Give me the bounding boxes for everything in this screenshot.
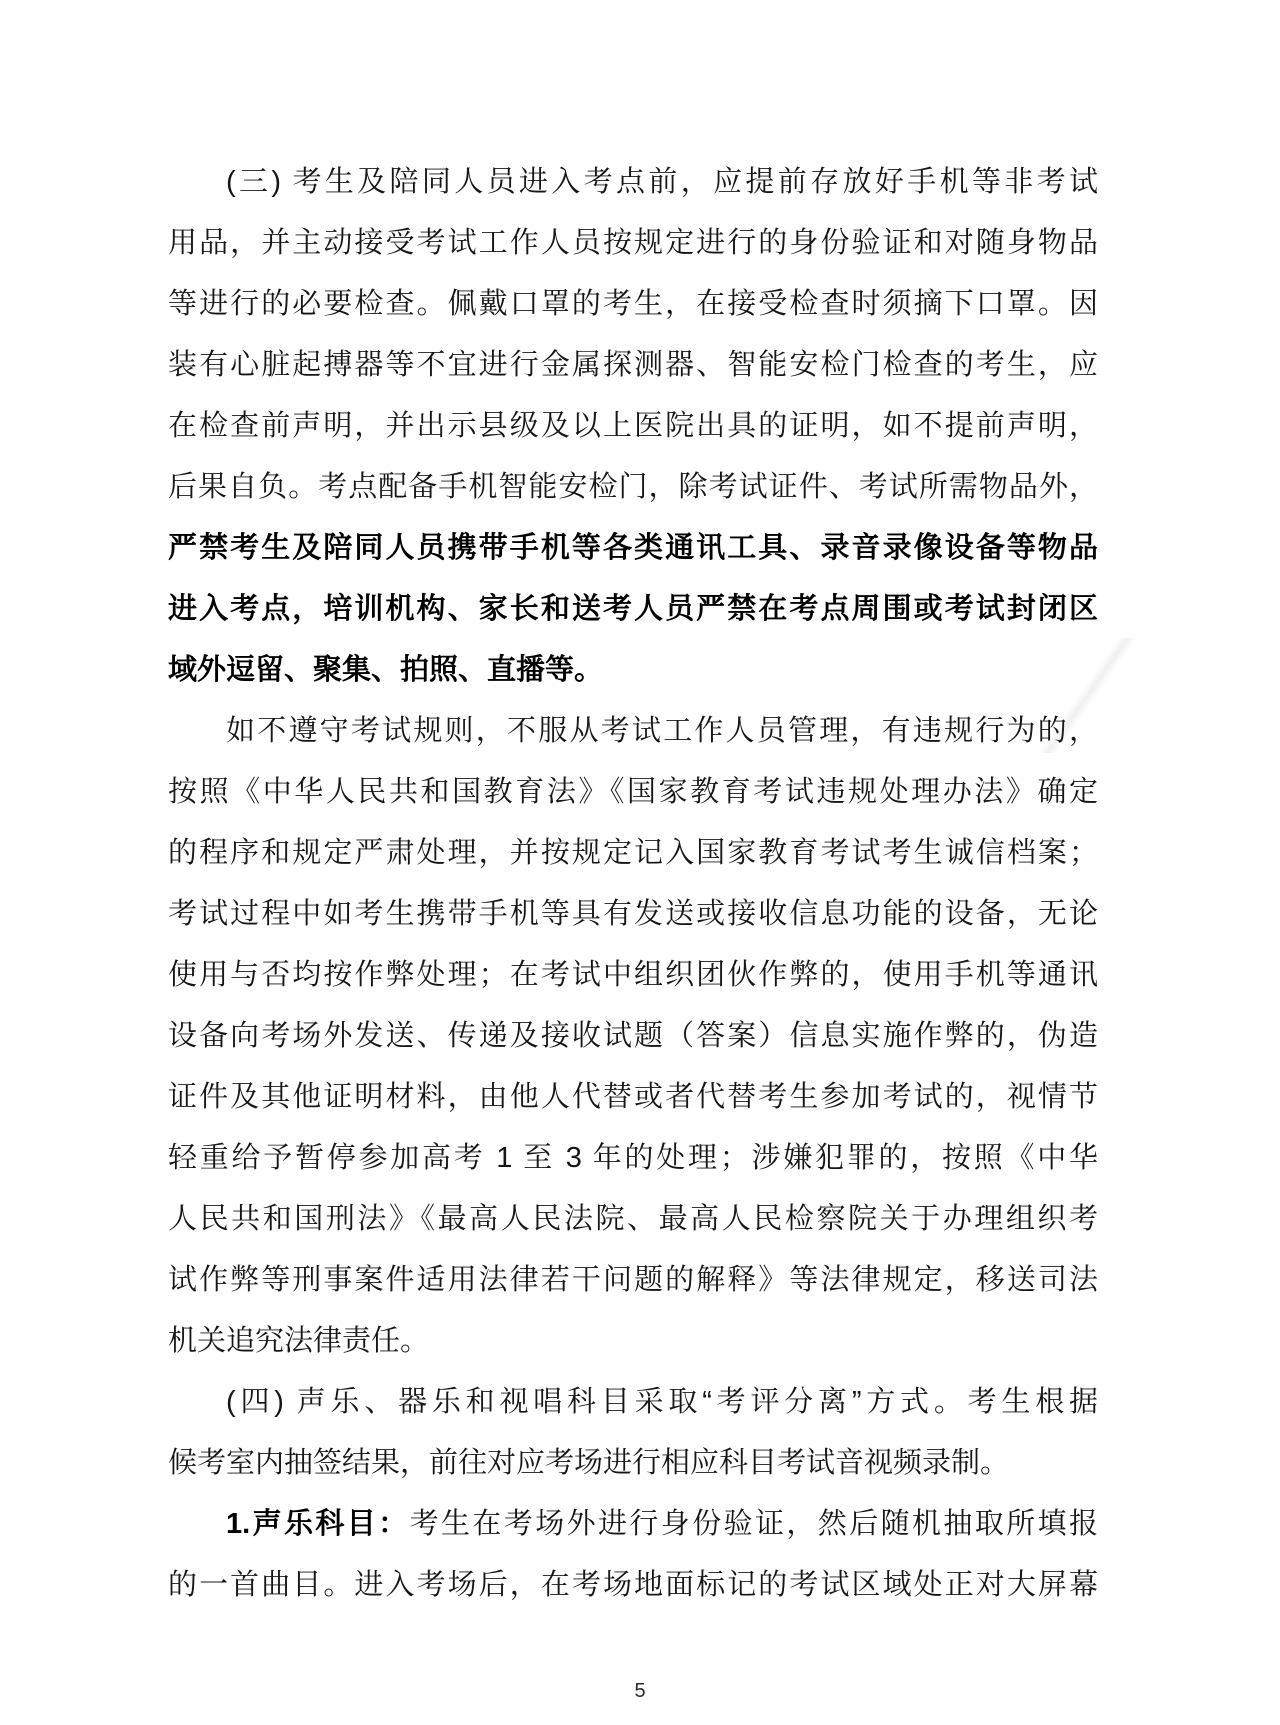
- text-line-7: 严禁考生及陪同人员携带手机等各类通讯工具、录音录像设备等物品: [168, 518, 1098, 579]
- text-line-6: 后果自负。考点配备手机智能安检门，除考试证件、考试所需物品外，: [168, 457, 1098, 518]
- text-run-bold: 1.声乐科目：: [226, 1508, 410, 1540]
- text-line-15: 设备向考场外发送、传递及接收试题（答案）信息实施作弊的，伪造: [168, 1006, 1098, 1067]
- text-line-23: 1.声乐科目：考生在考场外进行身份验证，然后随机抽取所填报: [168, 1494, 1098, 1555]
- document-body: (三) 考生及陪同人员进入考点前，应提前存放好手机等非考试用品，并主动接受考试工…: [168, 152, 1098, 1616]
- text-line-9: 域外逗留、聚集、拍照、直播等。: [168, 640, 1098, 701]
- text-line-5: 在检查前声明，并出示县级及以上医院出具的证明，如不提前声明，: [168, 396, 1098, 457]
- document-page: (三) 考生及陪同人员进入考点前，应提前存放好手机等非考试用品，并主动接受考试工…: [0, 0, 1280, 1725]
- text-line-2: 用品，并主动接受考试工作人员按规定进行的身份验证和对随身物品: [168, 213, 1098, 274]
- text-line-11: 按照《中华人民共和国教育法》《国家教育考试违规处理办法》确定: [168, 762, 1098, 823]
- page-number: 5: [0, 1678, 1280, 1704]
- text-line-24: 的一首曲目。进入考场后，在考场地面标记的考试区域处正对大屏幕: [168, 1555, 1098, 1616]
- text-line-16: 证件及其他证明材料，由他人代替或者代替考生参加考试的，视情节: [168, 1067, 1098, 1128]
- text-line-18: 人民共和国刑法》《最高人民法院、最高人民检察院关于办理组织考: [168, 1189, 1098, 1250]
- text-line-10: 如不遵守考试规则，不服从考试工作人员管理，有违规行为的，: [168, 701, 1098, 762]
- text-line-17: 轻重给予暂停参加高考 1 至 3 年的处理；涉嫌犯罪的，按照《中华: [168, 1128, 1098, 1189]
- text-line-1: (三) 考生及陪同人员进入考点前，应提前存放好手机等非考试: [168, 152, 1098, 213]
- text-line-20: 机关追究法律责任。: [168, 1311, 1098, 1372]
- text-line-12: 的程序和规定严肃处理，并按规定记入国家教育考试考生诚信档案；: [168, 823, 1098, 884]
- text-line-3: 等进行的必要检查。佩戴口罩的考生，在接受检查时须摘下口罩。因: [168, 274, 1098, 335]
- text-line-19: 试作弊等刑事案件适用法律若干问题的解释》等法律规定，移送司法: [168, 1250, 1098, 1311]
- text-line-21: (四) 声乐、器乐和视唱科目采取“考评分离”方式。考生根据: [168, 1372, 1098, 1433]
- text-line-22: 候考室内抽签结果，前往对应考场进行相应科目考试音视频录制。: [168, 1433, 1098, 1494]
- text-line-8: 进入考点，培训机构、家长和送考人员严禁在考点周围或考试封闭区: [168, 579, 1098, 640]
- text-line-14: 使用与否均按作弊处理；在考试中组织团伙作弊的，使用手机等通讯: [168, 945, 1098, 1006]
- text-run: 考生在考场外进行身份验证，然后随机抽取所填报: [410, 1508, 1098, 1540]
- text-line-13: 考试过程中如考生携带手机等具有发送或接收信息功能的设备，无论: [168, 884, 1098, 945]
- text-line-4: 装有心脏起搏器等不宜进行金属探测器、智能安检门检查的考生，应: [168, 335, 1098, 396]
